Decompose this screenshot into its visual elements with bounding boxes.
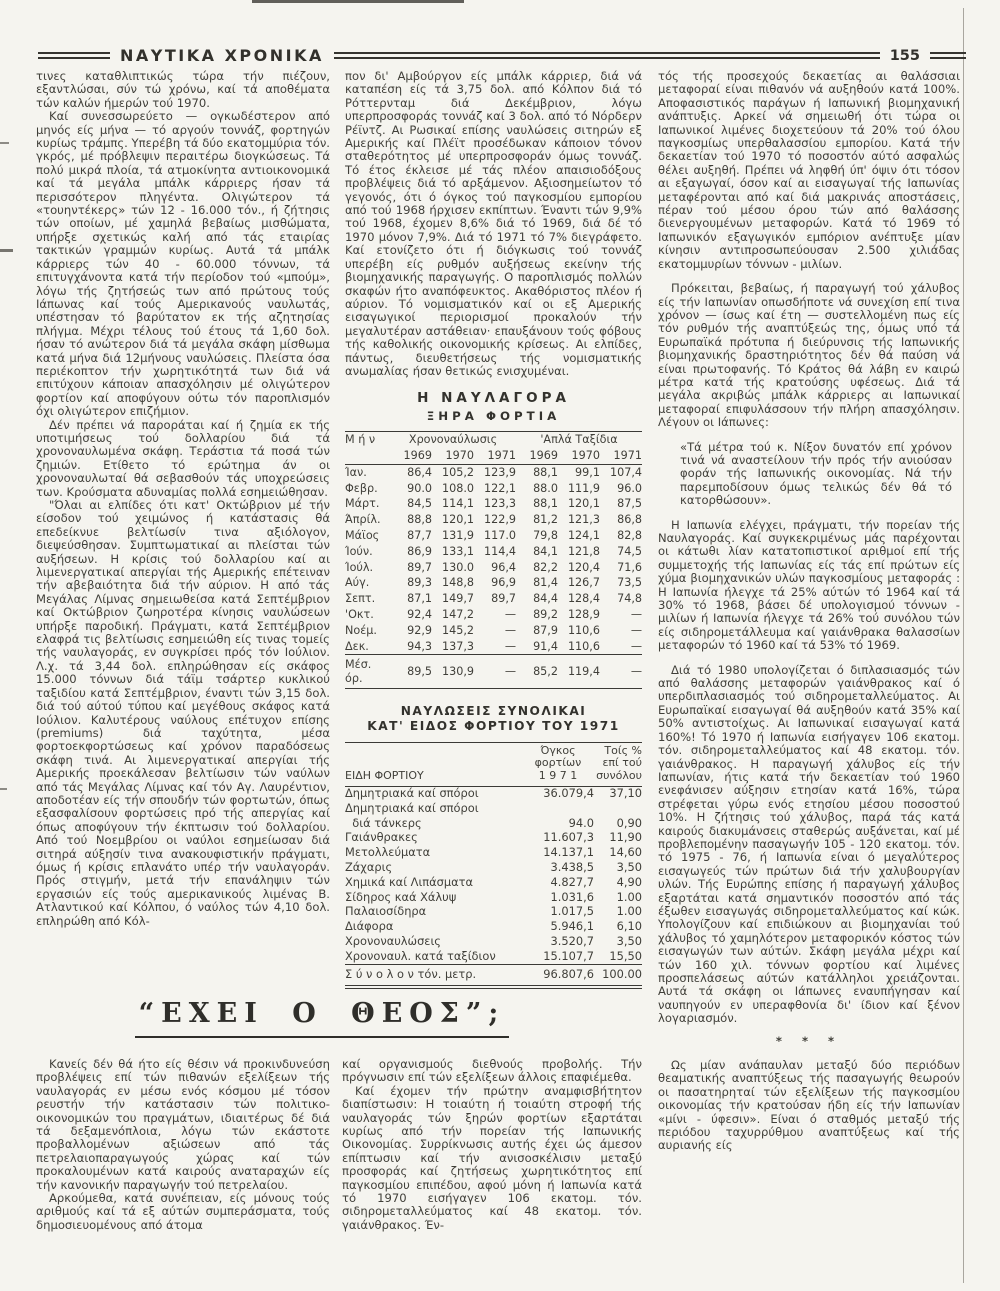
- table1-col-month: Μ ή ν: [345, 432, 390, 465]
- row-label: διά τάνκερς: [345, 816, 522, 831]
- row-value: 84,5: [390, 496, 432, 512]
- row-value: 79,8: [516, 528, 558, 544]
- row-value: 14,60: [594, 846, 642, 861]
- row-label: Δεκ.: [345, 639, 390, 655]
- table2-body: Δημητριακά καί σπόροι36.079,437,10Δημητρ…: [345, 786, 642, 965]
- row-value: 120,1: [432, 512, 474, 528]
- row-value: 94.0: [522, 816, 594, 831]
- row-value: —: [474, 623, 516, 639]
- row-label: Χρονοναυλ. κατά ταξίδιον: [345, 949, 522, 964]
- scan-artifact-margin: [0, 142, 9, 144]
- row-value: 92,9: [390, 623, 432, 639]
- row-value: —: [600, 607, 642, 623]
- table1-title: Η ΝΑΥΛΑΓΟΡΑ: [345, 392, 642, 405]
- row-label: Χημικά καί Λιπάσματα: [345, 875, 522, 890]
- table1-subtitle: ΞΗΡΑ ΦΟΡΤΙΑ: [345, 410, 642, 423]
- row-value: 91,4: [516, 639, 558, 655]
- row-value: 15.107,7: [522, 949, 594, 964]
- table1-year: 1971: [600, 448, 642, 464]
- row-value: 99,1: [558, 464, 600, 480]
- table-row: Χρονοναυλώσεις3.520,73,50: [345, 934, 642, 949]
- paragraph: Πρόκειται, βεβαίως, ή παραγωγή τού χάλυβ…: [658, 282, 960, 429]
- row-label: Χρονοναυλώσεις: [345, 934, 522, 949]
- row-value: 1.00: [594, 890, 642, 905]
- row-value: 149,7: [432, 591, 474, 607]
- table-row: Φεβρ.90.0108.0122,188.0111,996.0: [345, 481, 642, 497]
- row-value: 84,4: [516, 591, 558, 607]
- row-value: 11.607,3: [522, 831, 594, 846]
- row-label: Διάφορα: [345, 920, 522, 935]
- row-value: 128,4: [558, 591, 600, 607]
- table-row: Παλαιοσίδηρα1.017,51.00: [345, 905, 642, 920]
- table2-header: ΕΙΔΗ ΦΟΡΤΙΟΥ Όγκος φορτίων 1 9 7 1 Τοίς …: [345, 742, 642, 786]
- row-value: 131,9: [432, 528, 474, 544]
- row-label: Φεβρ.: [345, 481, 390, 497]
- row-value: 130,9: [432, 655, 474, 689]
- row-value: 4.827,7: [522, 875, 594, 890]
- row-value: 6,10: [594, 920, 642, 935]
- scan-artifact-margin: [0, 788, 7, 790]
- table-row: Χημικά καί Λιπάσματα4.827,74,90: [345, 875, 642, 890]
- page-number: 155: [890, 48, 920, 64]
- row-value: —: [474, 639, 516, 655]
- row-value: 147,2: [432, 607, 474, 623]
- table-row: Μέσ. όρ.89,5130,9—85,2119,4—: [345, 655, 642, 689]
- row-value: —: [600, 623, 642, 639]
- scan-artifact-top: [252, 0, 464, 3]
- table-row: Δεκ.94,3137,3—91,4110,6—: [345, 639, 642, 655]
- table1-year: 1969: [390, 448, 432, 464]
- paragraph: Ως μίαν ανάπαυλαν μεταξύ δύο περιόδων θε…: [658, 1059, 960, 1153]
- row-label: Νοέμ.: [345, 623, 390, 639]
- row-value: 87,9: [516, 623, 558, 639]
- row-value: 87,5: [600, 496, 642, 512]
- table2-col-volume-line1: Όγκος φορτίων: [522, 745, 594, 770]
- magazine-page: ΝΑΥΤΙΚΑ ΧΡΟΝΙΚΑ 155 τινες καταθλιπτικώς …: [0, 0, 1000, 1291]
- row-value: 1.017,5: [522, 905, 594, 920]
- row-value: 82,8: [600, 528, 642, 544]
- row-value: 110,6: [558, 639, 600, 655]
- divider-rule: [334, 52, 880, 59]
- row-value: 1.031,6: [522, 890, 594, 905]
- row-value: 133,1: [432, 544, 474, 560]
- row-label: Ίούλ.: [345, 560, 390, 576]
- table-row: Γαιάνθρακες11.607,311,90: [345, 831, 642, 846]
- row-value: 37,10: [594, 786, 642, 801]
- row-value: 117.0: [474, 528, 516, 544]
- table1-header: Μ ή ν Χρονοναύλωσις 'Απλά Ταξίδια 1969 1…: [345, 432, 642, 465]
- row-value: 107,4: [600, 464, 642, 480]
- paragraph: * * *: [658, 1035, 960, 1048]
- row-label: Μετολλεύματα: [345, 846, 522, 861]
- page-edge-rule: [963, 8, 964, 1283]
- row-value: 126,7: [558, 575, 600, 591]
- row-value: 87,1: [390, 591, 432, 607]
- table-row: Αύγ.89,3148,896,981,4126,773,5: [345, 575, 642, 591]
- table-row: Ίούν.86,9133,1114,484,1121,874,5: [345, 544, 642, 560]
- table-row: Μετολλεύματα14.137,114,60: [345, 846, 642, 861]
- table-row: Σίδηρος καά Χάλυψ1.031,61.00: [345, 890, 642, 905]
- table1-average-row: Μέσ. όρ.89,5130,9—85,2119,4—: [345, 655, 642, 689]
- table2-total-row: Σ ύ ν ο λ ο ν τόν. μετρ.96.807,6100.00: [345, 965, 642, 987]
- column-middle-bottom: καί οργανισμούς διεθνούς προβολής. Τήν π…: [342, 1058, 642, 1286]
- row-value: 121,8: [558, 544, 600, 560]
- row-value: 96,4: [474, 560, 516, 576]
- table-row: Ζάχαρις3.438,53,50: [345, 860, 642, 875]
- paragraph: τινες καταθλιπτικώς τώρα τήν πιέζουν, εξ…: [36, 70, 330, 110]
- table2-col-volume-line2: 1 9 7 1: [522, 770, 594, 783]
- row-value: 128,9: [558, 607, 600, 623]
- article-headline: “ΕΧΕΙ Ο ΘΕΟΣ”;: [36, 998, 608, 1038]
- paragraph: Καί συνεσσωρεύετο — ογκωδέστερον από μην…: [36, 110, 330, 418]
- paragraph: Κανείς δέν θά ήτο είς θέσιν νά προκινδυν…: [36, 1058, 330, 1192]
- row-value: 88.0: [516, 481, 558, 497]
- row-value: 124,1: [558, 528, 600, 544]
- table-row: 'Οκτ.92,4147,2—89,2128,9—: [345, 607, 642, 623]
- row-value: 14.137,1: [522, 846, 594, 861]
- row-value: —: [474, 655, 516, 689]
- row-value: 3,50: [594, 934, 642, 949]
- row-label: 'Οκτ.: [345, 607, 390, 623]
- table1-body: Ίαν.86,4105,2123,988,199,1107,4Φεβρ.90.0…: [345, 464, 642, 655]
- row-value: 119,4: [558, 655, 600, 689]
- row-value: 36.079,4: [522, 786, 594, 801]
- row-value: 74,5: [600, 544, 642, 560]
- row-value: 108.0: [432, 481, 474, 497]
- row-value: 3,50: [594, 860, 642, 875]
- table-row: Μάϊος87,7131,9117.079,8124,182,8: [345, 528, 642, 544]
- table2-col-percent-line3: συνόλου: [594, 770, 642, 783]
- row-value: 122,1: [474, 481, 516, 497]
- row-value: 137,3: [432, 639, 474, 655]
- row-label: Ίαν.: [345, 464, 390, 480]
- column-left-bottom: Κανείς δέν θά ήτο είς θέσιν νά προκινδυν…: [36, 1058, 330, 1286]
- row-value: 88,1: [516, 496, 558, 512]
- row-value: 148,8: [432, 575, 474, 591]
- table1-group-voyages: 'Απλά Ταξίδια: [516, 432, 642, 448]
- table1-year: 1970: [558, 448, 600, 464]
- row-label: Μάϊος: [345, 528, 390, 544]
- row-value: 114,1: [432, 496, 474, 512]
- cargo-charters-table: ΕΙΔΗ ΦΟΡΤΙΟΥ Όγκος φορτίων 1 9 7 1 Τοίς …: [345, 742, 642, 989]
- row-value: 89,7: [390, 560, 432, 576]
- paragraph: "Όλαι αι ελπίδες ότι κατ' Οκτώβριον μέ τ…: [36, 499, 330, 928]
- divider-rule: [38, 52, 110, 59]
- table-row: διά τάνκερς94.00,90: [345, 816, 642, 831]
- paragraph: Αρκούμεθα, κατά συνέπειαν, είς μόνους το…: [36, 1192, 330, 1232]
- table-row: Δημητριακά καί σπόροι: [345, 801, 642, 816]
- row-value: 96,9: [474, 575, 516, 591]
- row-value: 94,3: [390, 639, 432, 655]
- table1-group-timecharter: Χρονοναύλωσις: [390, 432, 516, 448]
- table1-year: 1971: [474, 448, 516, 464]
- table-row: Μάρτ.84,5114,1123,388,1120,187,5: [345, 496, 642, 512]
- row-value: 100.00: [594, 965, 642, 987]
- row-value: 4,90: [594, 875, 642, 890]
- table1-year: 1969: [516, 448, 558, 464]
- row-value: 81,2: [516, 512, 558, 528]
- row-value: 82,2: [516, 560, 558, 576]
- row-value: 3.520,7: [522, 934, 594, 949]
- table-row: Σεπτ.87,1149,789,784,4128,474,8: [345, 591, 642, 607]
- row-value: 86,9: [390, 544, 432, 560]
- row-value: 81,4: [516, 575, 558, 591]
- row-value: 88,8: [390, 512, 432, 528]
- row-value: 96.807,6: [522, 965, 594, 987]
- row-value: 120,1: [558, 496, 600, 512]
- row-value: 1.00: [594, 905, 642, 920]
- table-row: Διάφορα5.946,16,10: [345, 920, 642, 935]
- magazine-title: ΝΑΥΤΙΚΑ ΧΡΟΝΙΚΑ: [120, 46, 324, 65]
- table-row: Ίαν.86,4105,2123,988,199,1107,4: [345, 464, 642, 480]
- row-value: 92,4: [390, 607, 432, 623]
- table2-col-percent: Τοίς % επί τού συνόλου: [594, 742, 642, 786]
- table1-year: 1970: [432, 448, 474, 464]
- row-label: Σίδηρος καά Χάλυψ: [345, 890, 522, 905]
- row-label: Παλαιοσίδηρα: [345, 905, 522, 920]
- row-label: Δημητριακά καί σπόροι: [345, 786, 522, 801]
- row-value: 3.438,5: [522, 860, 594, 875]
- table-row: Νοέμ.92,9145,2—87,9110,6—: [345, 623, 642, 639]
- row-value: 87,7: [390, 528, 432, 544]
- row-value: 111,9: [558, 481, 600, 497]
- row-value: 73,5: [600, 575, 642, 591]
- row-value: 15,50: [594, 949, 642, 964]
- freight-market-table: Μ ή ν Χρονοναύλωσις 'Απλά Ταξίδια 1969 1…: [345, 431, 642, 689]
- table-row: Δημητριακά καί σπόροι36.079,437,10: [345, 786, 642, 801]
- row-value: 85,2: [516, 655, 558, 689]
- column-right: τός τής προσεχούς δεκαετίας αι θαλάσσιαι…: [658, 70, 960, 1282]
- row-value: [522, 801, 594, 816]
- row-value: —: [600, 639, 642, 655]
- row-value: 84,1: [516, 544, 558, 560]
- row-value: 121,3: [558, 512, 600, 528]
- paragraph: Καί έχομεν τήν πρώτην αναμφισβήτητον δια…: [342, 1085, 642, 1232]
- row-value: 120,4: [558, 560, 600, 576]
- row-label: Ίούν.: [345, 544, 390, 560]
- row-value: 86,8: [600, 512, 642, 528]
- scan-artifact-margin: [0, 249, 13, 252]
- row-value: 0,90: [594, 816, 642, 831]
- row-value: 71,6: [600, 560, 642, 576]
- paragraph: καί οργανισμούς διεθνούς προβολής. Τήν π…: [342, 1058, 642, 1085]
- row-value: 110,6: [558, 623, 600, 639]
- column-middle-top: πον δι' Αμβούργον είς μπάλκ κάρριερ, διά…: [345, 70, 642, 1000]
- row-label: Δημητριακά καί σπόροι: [345, 801, 522, 816]
- row-value: 96.0: [600, 481, 642, 497]
- table-row: Χρονοναυλ. κατά ταξίδιον15.107,715,50: [345, 949, 642, 964]
- table2-col-cargo: ΕΙΔΗ ΦΟΡΤΙΟΥ: [345, 742, 522, 786]
- row-value: 5.946,1: [522, 920, 594, 935]
- row-value: 74,8: [600, 591, 642, 607]
- row-label: Γαιάνθρακες: [345, 831, 522, 846]
- row-value: 145,2: [432, 623, 474, 639]
- page-header: ΝΑΥΤΙΚΑ ΧΡΟΝΙΚΑ 155: [38, 46, 966, 65]
- row-label: Μέσ. όρ.: [345, 655, 390, 689]
- row-value: —: [600, 655, 642, 689]
- table-row: Ίούλ.89,7130.096,482,2120,471,6: [345, 560, 642, 576]
- paragraph: Η Ιαπωνία ελέγχει, πράγματι, τήν πορείαν…: [658, 519, 960, 653]
- paragraph: πον δι' Αμβούργον είς μπάλκ κάρριερ, διά…: [345, 70, 642, 378]
- row-value: —: [474, 607, 516, 623]
- table2-title-line2: ΚΑΤ' ΕΙΔΟΣ ΦΟΡΤΙΟΥ ΤΟΥ 1971: [345, 720, 642, 733]
- divider-rule: [930, 52, 966, 59]
- row-label: Ζάχαρις: [345, 860, 522, 875]
- paragraph: Διά τό 1980 υπολογίζεται ό διπλασιασμός …: [658, 664, 960, 1026]
- row-label: Αύγ.: [345, 575, 390, 591]
- row-value: 11,90: [594, 831, 642, 846]
- table-row: Άπρίλ.88,8120,1122,981,2121,386,8: [345, 512, 642, 528]
- headline-text: “ΕΧΕΙ Ο ΘΕΟΣ”;: [135, 998, 510, 1038]
- table-row: Σ ύ ν ο λ ο ν τόν. μετρ.96.807,6100.00: [345, 965, 642, 987]
- row-value: 89,2: [516, 607, 558, 623]
- row-value: 130.0: [432, 560, 474, 576]
- table2-title-line1: ΝΑΥΛΩΣΕΙΣ ΣΥΝΟΛΙΚΑΙ: [345, 705, 642, 718]
- row-value: 105,2: [432, 464, 474, 480]
- row-value: 90.0: [390, 481, 432, 497]
- row-value: 114,4: [474, 544, 516, 560]
- table2-col-volume: Όγκος φορτίων 1 9 7 1: [522, 742, 594, 786]
- row-label: Σ ύ ν ο λ ο ν τόν. μετρ.: [345, 965, 522, 987]
- row-label: Άπρίλ.: [345, 512, 390, 528]
- row-value: [594, 801, 642, 816]
- row-value: 123,9: [474, 464, 516, 480]
- row-value: 89,5: [390, 655, 432, 689]
- row-value: 89,7: [474, 591, 516, 607]
- row-value: 89,3: [390, 575, 432, 591]
- row-value: 122,9: [474, 512, 516, 528]
- row-label: Σεπτ.: [345, 591, 390, 607]
- row-value: 86,4: [390, 464, 432, 480]
- paragraph: τός τής προσεχούς δεκαετίας αι θαλάσσιαι…: [658, 70, 960, 271]
- column-left-top: τινες καταθλιπτικώς τώρα τήν πιέζουν, εξ…: [36, 70, 330, 1000]
- paragraph: Δέν πρέπει νά παροράται καί ή ζημία εκ τ…: [36, 419, 330, 499]
- row-value: 88,1: [516, 464, 558, 480]
- paragraph: «Τά μέτρα τού κ. Νίξον δυνατόν επί χρόνο…: [680, 441, 952, 508]
- row-label: Μάρτ.: [345, 496, 390, 512]
- row-value: 123,3: [474, 496, 516, 512]
